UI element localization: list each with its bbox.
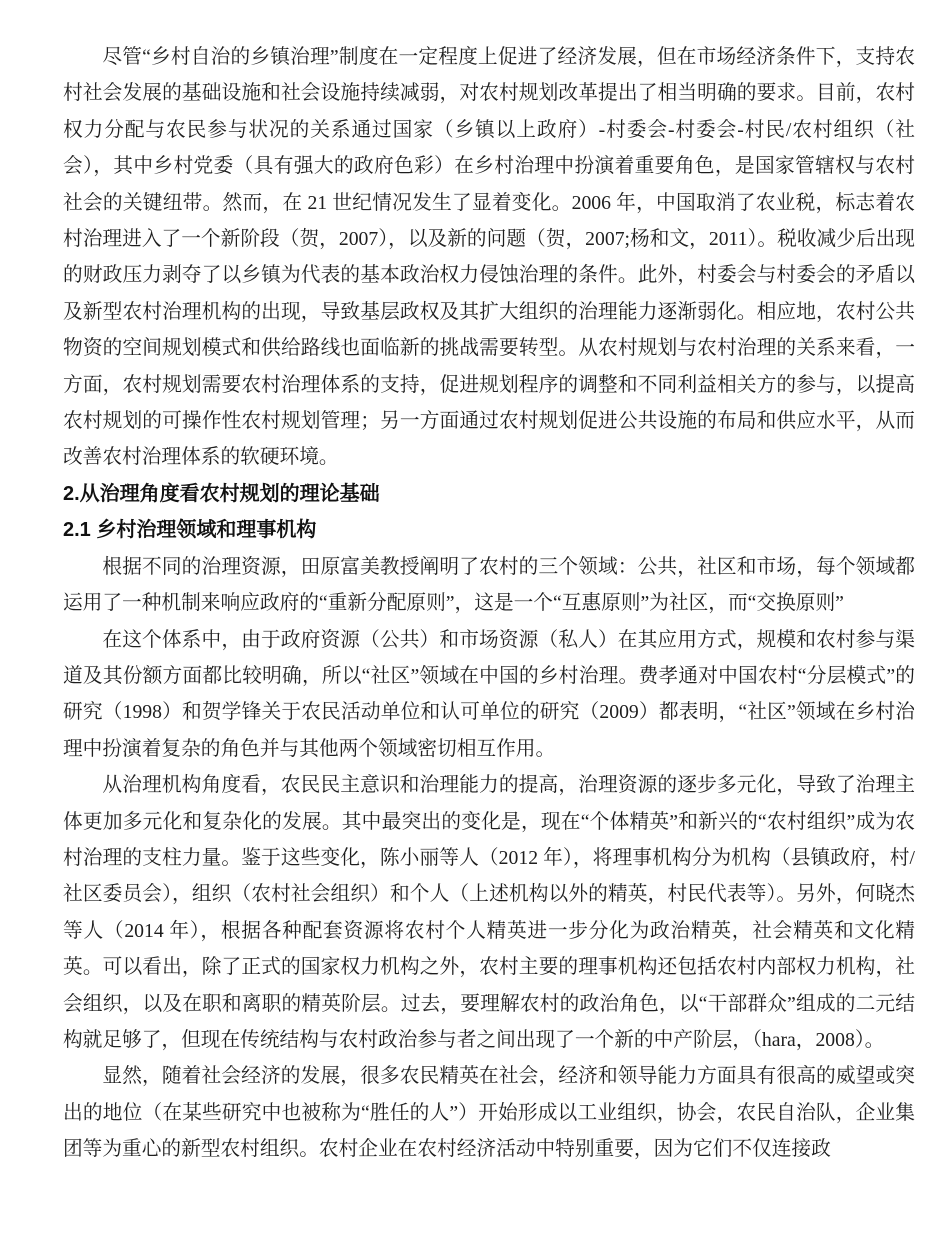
paragraph-rural-elites: 显然，随着社会经济的发展，很多农民精英在社会，经济和领导能力方面具有很高的威望或…: [63, 1058, 915, 1167]
paragraph-rural-governance-intro: 尽管“乡村自治的乡镇治理”制度在一定程度上促进了经济发展，但在市场经济条件下，支…: [63, 39, 915, 476]
subsection-heading-governance-domains: 2.1 乡村治理领域和理事机构: [63, 512, 915, 548]
document-page: 尽管“乡村自治的乡镇治理”制度在一定程度上促进了经济发展，但在市场经济条件下，支…: [0, 0, 925, 1256]
paragraph-system-community-role: 在这个体系中，由于政府资源（公共）和市场资源（私人）在其应用方式，规模和农村参与…: [63, 622, 915, 768]
paragraph-three-domains: 根据不同的治理资源，田原富美教授阐明了农村的三个领域：公共，社区和市场，每个领域…: [63, 549, 915, 622]
section-heading-theory-basis: 2.从治理角度看农村规划的理论基础: [63, 476, 915, 512]
document-content: 尽管“乡村自治的乡镇治理”制度在一定程度上促进了经济发展，但在市场经济条件下，支…: [63, 39, 915, 1168]
paragraph-governing-institutions: 从治理机构角度看，农民民主意识和治理能力的提高，治理资源的逐步多元化，导致了治理…: [63, 767, 915, 1058]
